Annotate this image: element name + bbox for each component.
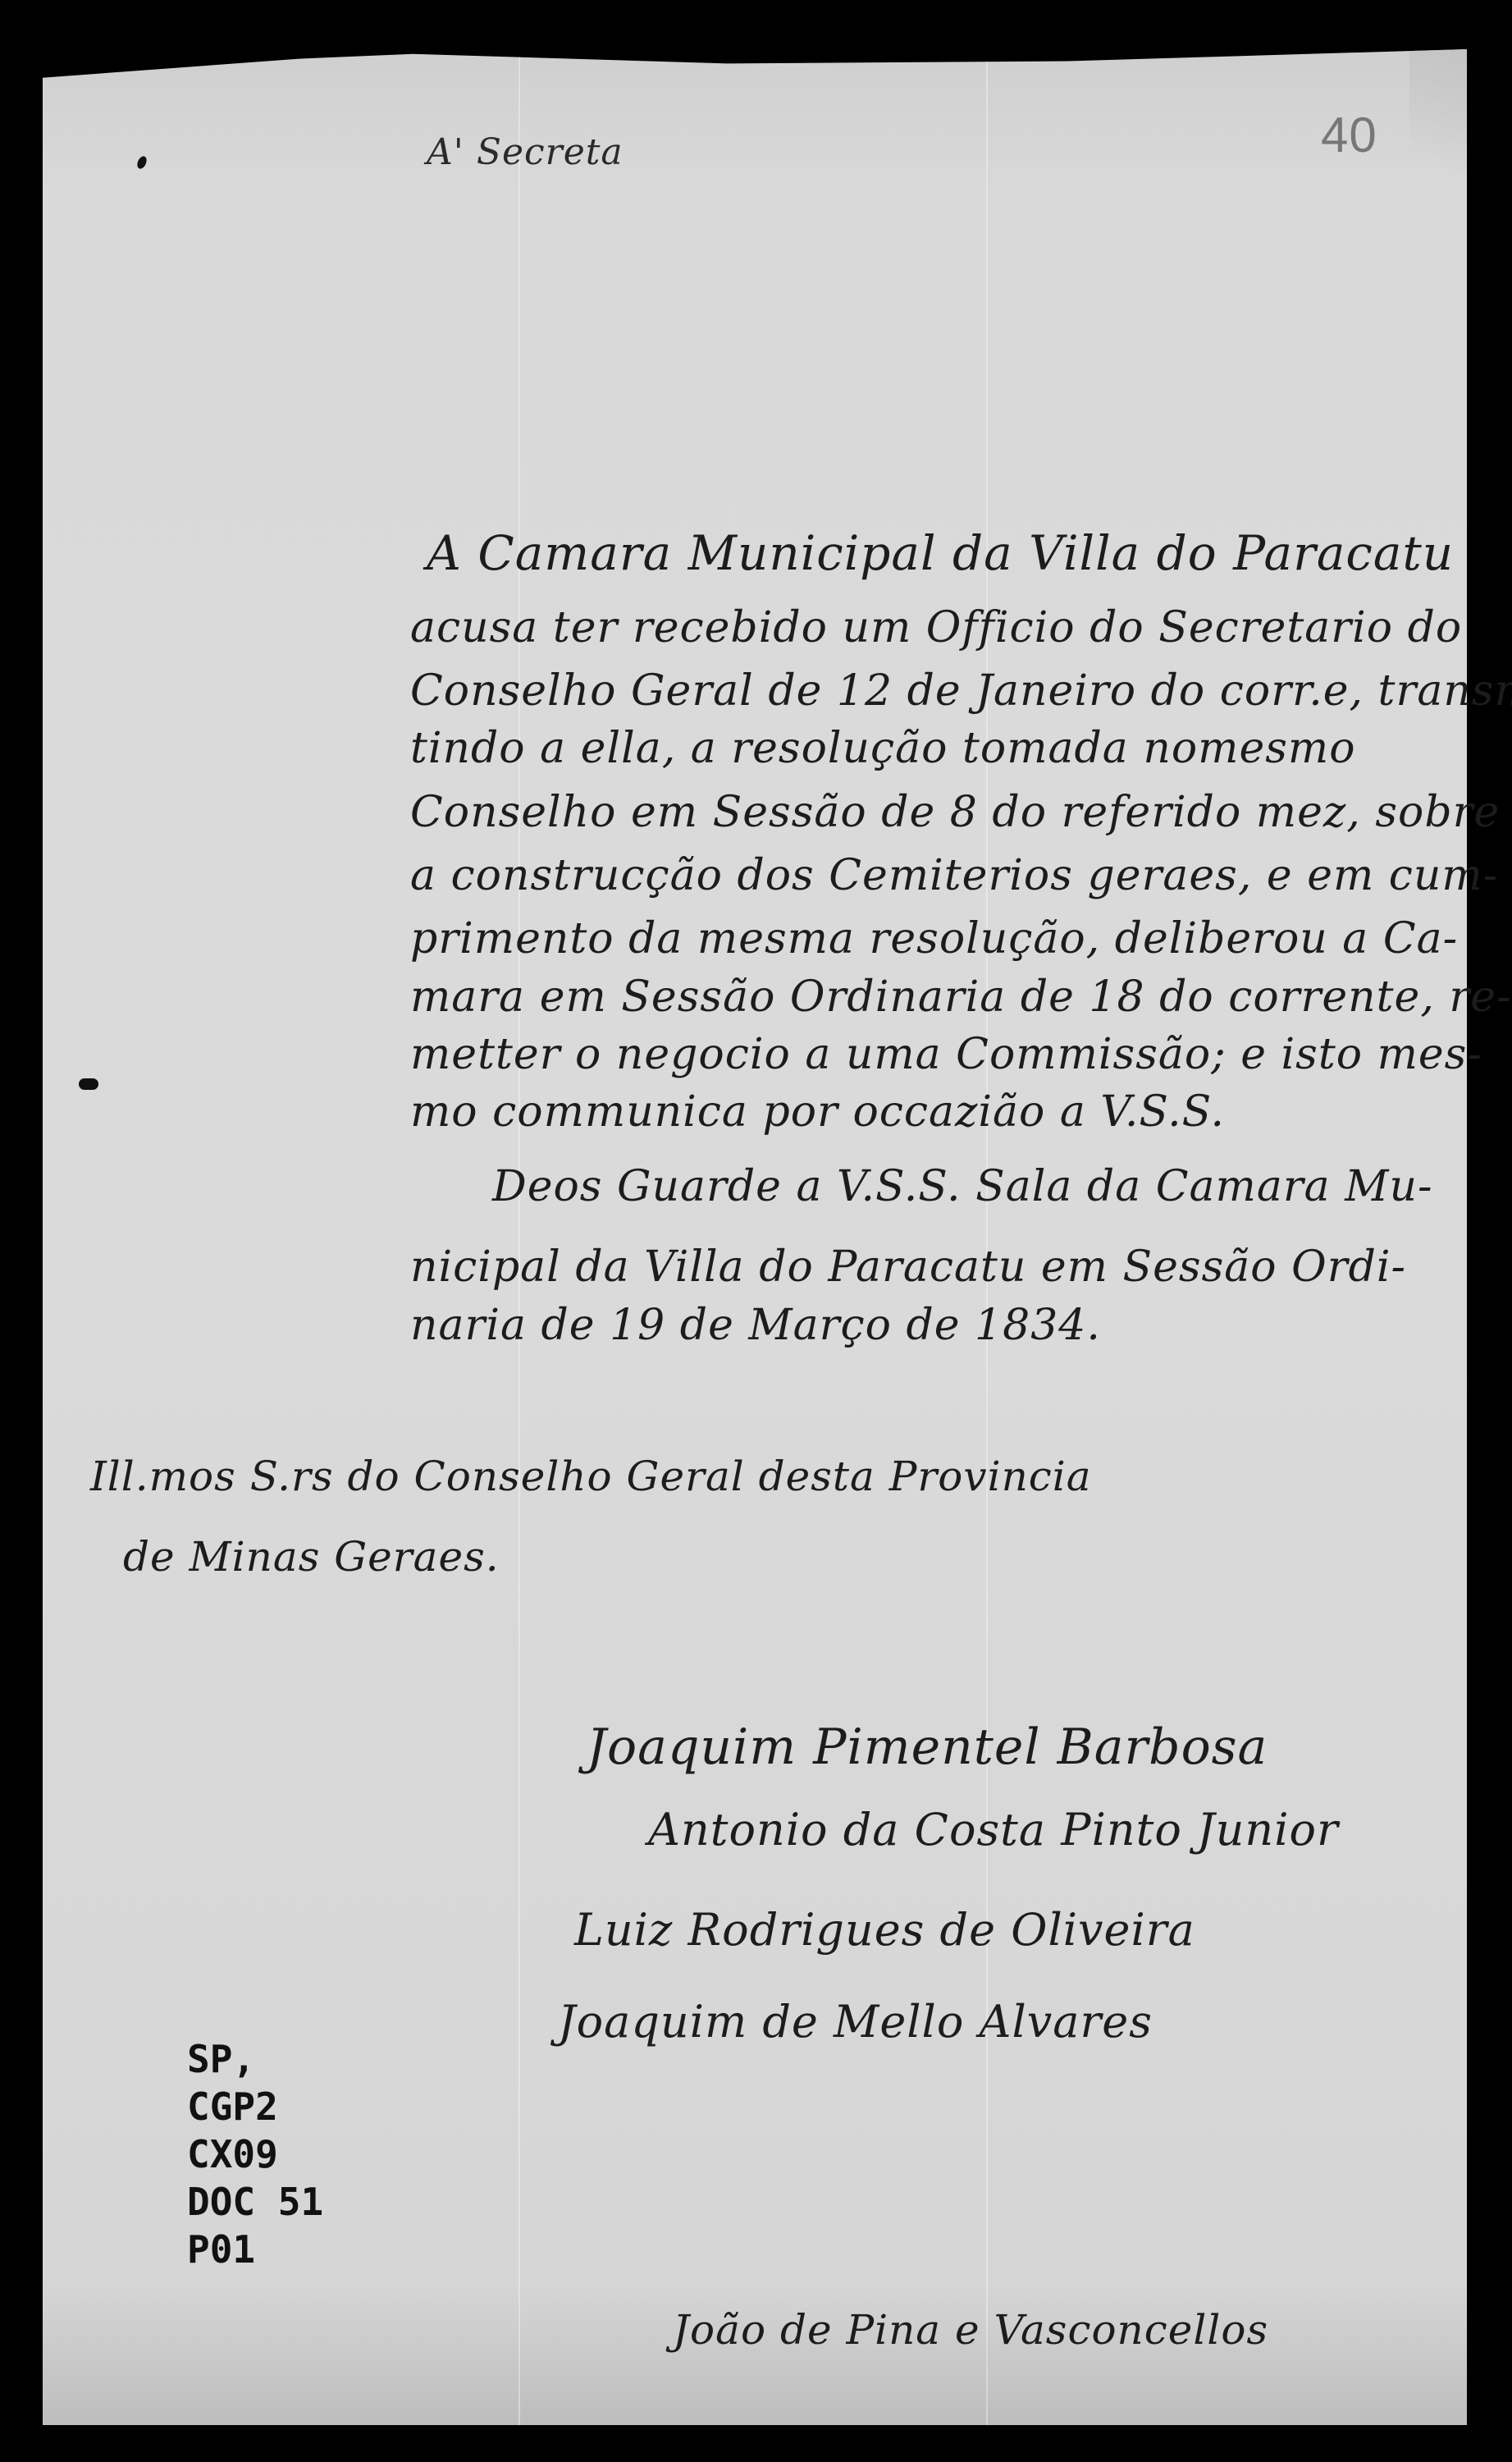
signature: João de Pina e Vasconcellos [673,2306,1268,2354]
body-line: Conselho Geral de 12 de Janeiro do corr.… [410,666,1512,716]
closing-line: naria de 19 de Março de 1834. [410,1301,1101,1350]
paper-fold-line [518,49,520,2425]
archive-line: DOC 51 [187,2178,318,2226]
address-line: de Minas Geraes. [123,1533,500,1581]
signature: Luiz Rodrigues de Oliveira [574,1904,1195,1956]
page-number: 40 [1321,107,1377,163]
header-note: A' Secreta [427,131,624,173]
body-line: mo communica por occazião a V.S.S. [410,1087,1225,1137]
closing-line: Deos Guarde a V.S.S. Sala da Camara Mu- [492,1162,1433,1211]
body-line: mara em Sessão Ordinaria de 18 do corren… [410,972,1512,1022]
paper-fold-line [986,49,988,2425]
closing-line: nicipal da Villa do Paracatu em Sessão O… [410,1242,1406,1292]
signature: Joaquim Pimentel Barbosa [587,1718,1268,1776]
signature: Antonio da Costa Pinto Junior [648,1804,1339,1856]
signature: Joaquim de Mello Alvares [558,1996,1153,2048]
body-line: metter o negocio a uma Commissão; e isto… [410,1030,1482,1079]
body-line: tindo a ella, a resolução tomada nomesmo [410,724,1356,773]
body-line: Conselho em Sessão de 8 do referido mez,… [410,788,1500,837]
archive-reference-mark: SP, CGP2 CX09 DOC 51 P01 [187,2035,318,2273]
archive-line: CX09 [187,2130,318,2178]
body-line: acusa ter recebido um Officio do Secreta… [410,603,1462,652]
body-line: primento da mesma resolução, deliberou a… [410,914,1458,963]
archive-line: SP, [187,2035,318,2083]
address-line: Ill.mos S.rs do Conselho Geral desta Pro… [90,1453,1092,1500]
body-line: a construcção dos Cemiterios geraes, e e… [410,851,1498,900]
body-line: A Camara Municipal da Villa do Paracatu [427,525,1454,581]
archive-line: CGP2 [187,2083,318,2130]
archive-line: P01 [187,2226,318,2273]
ink-blot [79,1078,98,1090]
